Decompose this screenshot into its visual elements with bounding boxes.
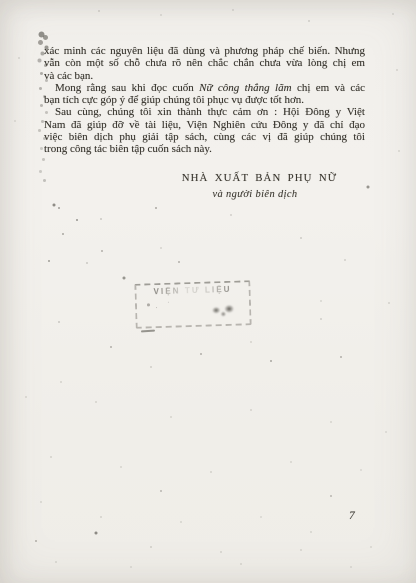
- stamp-inner-specks: [147, 303, 150, 306]
- paragraph2-line1-prefix: Mong rằng sau khi đọc cuốn: [55, 82, 199, 94]
- paragraph1-line3: và các bạn.: [44, 70, 365, 82]
- library-stamp: VIỆN TƯ LIỆU: [134, 280, 251, 329]
- scanned-book-page: xác minh các nguyên liệu đã dùng và phươ…: [0, 0, 416, 583]
- stamp-seal-smudge: [209, 302, 239, 319]
- paragraph3-line1: Sau cùng, chúng tôi xin thành thực cảm ơ…: [44, 106, 365, 118]
- paragraph1-line1: xác minh các nguyên liệu đã dùng và phươ…: [44, 45, 365, 57]
- paragraph3-line2: Nam đã giúp đỡ về tài liệu, Viện Nghiên …: [44, 119, 365, 131]
- paragraph2-line1: Mong rằng sau khi đọc cuốn Nữ công thắng…: [44, 82, 365, 94]
- library-stamp-text: VIỆN TƯ LIỆU: [136, 284, 248, 297]
- book-title: Nữ công thắng lãm: [199, 82, 291, 94]
- publisher-name: NHÀ XUẤT BẢN PHỤ NỮ: [157, 172, 362, 184]
- paragraph2-line2: bạn tích cực góp ý để giúp chúng tôi phụ…: [44, 94, 365, 106]
- paragraph2-line1-suffix: chị em và các: [292, 82, 365, 94]
- page-number: 7: [349, 510, 355, 522]
- paragraph3-line4: trong công tác biên tập cuốn sách này.: [44, 143, 365, 155]
- stray-pen-mark: [141, 330, 155, 333]
- paragraph3-line3: việc biên dịch phụ giải tập sách, cùng c…: [44, 131, 365, 143]
- body-text: xác minh các nguyên liệu đã dùng và phươ…: [44, 45, 365, 156]
- left-margin-ink-smudge: [0, 0, 3, 3]
- paragraph1-line2: vẫn còn một số chỗ chưa rõ nên chắc chắn…: [44, 57, 365, 69]
- translator-byline: và người biên dịch: [175, 189, 335, 200]
